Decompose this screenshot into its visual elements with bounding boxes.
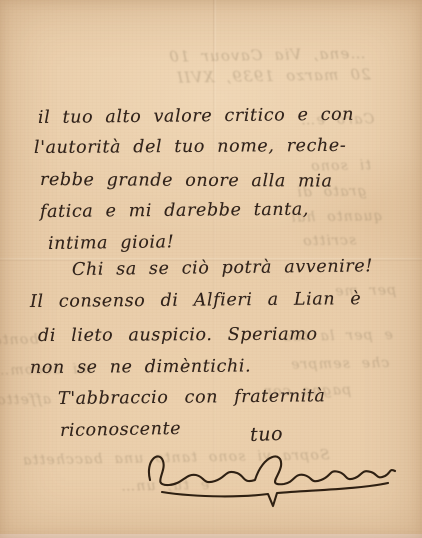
letter-line: di lieto auspicio. Speriamo (38, 325, 318, 346)
closing-pronoun: tuo (250, 423, 284, 446)
letter-line: intima gioia! (48, 232, 175, 254)
letter-line: fatica e mi darebbe tanta, (40, 200, 309, 222)
letter-line: il tuo alto valore critico e con (38, 105, 354, 128)
letter-line: Chi sa se ciò potrà avvenire! (72, 256, 373, 280)
letter-line: Il consenso di Alfieri a Lian è (30, 289, 362, 312)
letter-line: rebbe grande onore alla mia (40, 170, 333, 192)
signature-ink (142, 444, 400, 508)
scan-bottom-edge (0, 534, 422, 538)
letter-page: …ena, Via Cavour 10 20 marzo 1939, XVII … (0, 0, 422, 538)
showthrough-text: che sempre (290, 355, 390, 373)
showthrough-text: scritto (302, 233, 357, 250)
showthrough-text: …ena, Via Cavour 10 (168, 44, 366, 65)
closing-word: riconoscente (60, 419, 181, 441)
showthrough-text: affetto (0, 392, 51, 409)
letter-line: T'abbraccio con fraternità (58, 386, 326, 409)
letter-line: l'autorità del tuo nome, reche- (34, 136, 346, 158)
showthrough-text: bontà (0, 332, 39, 349)
showthrough-text: 20 marzo 1939, XVII (176, 65, 371, 86)
signature-scrawl (142, 444, 400, 508)
letter-line: non se ne dimèntichi. (30, 356, 251, 378)
